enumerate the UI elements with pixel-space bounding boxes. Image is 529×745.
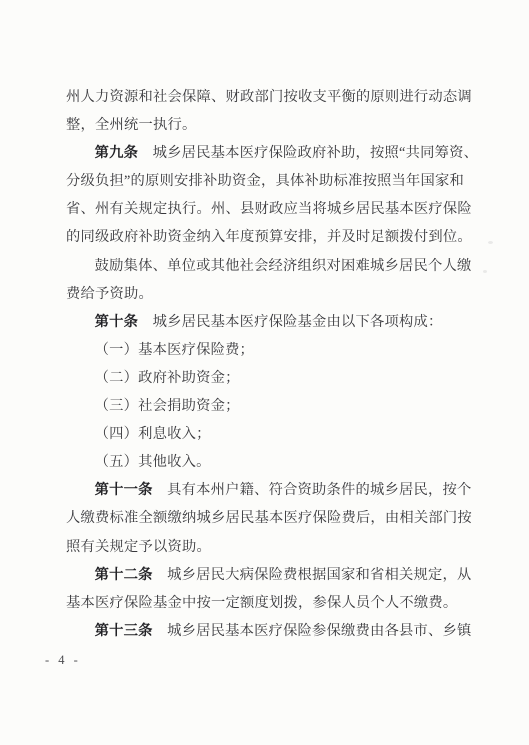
text-line: 分级负担”的原则安排补助资金，具体补助标准按照当年国家和 [66, 167, 468, 195]
text-line: 的同级政府补助资金纳入年度预算安排，并及时足额拨付到位。 [66, 223, 468, 251]
document-body: 州人力资源和社会保障、财政部门按收支平衡的原则进行动态调 整，全州统一执行。 第… [66, 83, 468, 645]
text-line: 州人力资源和社会保障、财政部门按收支平衡的原则进行动态调 [66, 83, 468, 111]
text-line-list-item-2: （二）政府补助资金； [66, 364, 468, 392]
line-text: 基本医疗保险基金中按一定额度划拨，参保人员个人不缴费。 [66, 595, 457, 611]
line-text: 州人力资源和社会保障、财政部门按收支平衡的原则进行动态调 [66, 89, 472, 105]
text-line: 照有关规定予以资助。 [66, 533, 468, 561]
article-label: 第十二条 [95, 567, 153, 583]
line-text: 分级负担”的原则安排补助资金，具体补助标准按照当年国家和 [66, 173, 464, 189]
line-text: 具有本州户籍、符合资助条件的城乡居民，按个 [153, 482, 472, 498]
line-text: 城乡居民基本医疗保险基金由以下各项构成： [138, 314, 442, 330]
text-line-article-12: 第十二条 城乡居民大病保险费根据国家和省相关规定，从 [66, 561, 468, 589]
text-line: 基本医疗保险基金中按一定额度划拨，参保人员个人不缴费。 [66, 589, 468, 617]
page-number: - 4 - [45, 653, 81, 668]
line-text: （五）其他收入。 [95, 454, 211, 470]
line-text: 的同级政府补助资金纳入年度预算安排，并及时足额拨付到位。 [66, 229, 472, 245]
line-text: 城乡居民大病保险费根据国家和省相关规定，从 [153, 567, 472, 583]
scan-speck [483, 270, 487, 273]
line-text: （三）社会捐助资金； [95, 398, 240, 414]
line-text: （一）基本医疗保险费； [95, 342, 254, 358]
line-text: 照有关规定予以资助。 [66, 539, 211, 555]
line-text: 费给予资助。 [66, 286, 153, 302]
article-label: 第十一条 [95, 482, 153, 498]
text-line-list-item-3: （三）社会捐助资金； [66, 392, 468, 420]
document-page: 州人力资源和社会保障、财政部门按收支平衡的原则进行动态调 整，全州统一执行。 第… [0, 0, 529, 745]
text-line-list-item-4: （四）利息收入； [66, 420, 468, 448]
line-text: （四）利息收入； [95, 426, 211, 442]
text-line-article-11: 第十一条 具有本州户籍、符合资助条件的城乡居民，按个 [66, 476, 468, 504]
line-text: 城乡居民基本医疗保险参保缴费由各县市、乡镇 [153, 623, 472, 639]
line-text: 鼓励集体、单位或其他社会经济组织对困难城乡居民个人缴 [95, 258, 472, 274]
text-line: 整，全州统一执行。 [66, 111, 468, 139]
article-label: 第十条 [95, 314, 139, 330]
text-line-article-10: 第十条 城乡居民基本医疗保险基金由以下各项构成： [66, 308, 468, 336]
line-text: 整，全州统一执行。 [66, 117, 196, 133]
line-text: 省、州有关规定执行。州、县财政应当将城乡居民基本医疗保险 [66, 201, 472, 217]
text-line-article-13: 第十三条 城乡居民基本医疗保险参保缴费由各县市、乡镇 [66, 617, 468, 645]
text-line-article-9: 第九条 城乡居民基本医疗保险政府补助，按照“共同筹资、 [66, 139, 468, 167]
text-line: 省、州有关规定执行。州、县财政应当将城乡居民基本医疗保险 [66, 195, 468, 223]
line-text: 城乡居民基本医疗保险政府补助，按照“共同筹资、 [138, 145, 478, 161]
text-line-list-item-5: （五）其他收入。 [66, 448, 468, 476]
article-label: 第九条 [95, 145, 139, 161]
article-label: 第十三条 [95, 623, 153, 639]
line-text: （二）政府补助资金； [95, 370, 240, 386]
text-line: 费给予资助。 [66, 280, 468, 308]
text-line: 鼓励集体、单位或其他社会经济组织对困难城乡居民个人缴 [66, 252, 468, 280]
line-text: 人缴费标准全额缴纳城乡居民基本医疗保险费后，由相关部门按 [66, 510, 472, 526]
text-line-list-item-1: （一）基本医疗保险费； [66, 336, 468, 364]
text-line: 人缴费标准全额缴纳城乡居民基本医疗保险费后，由相关部门按 [66, 504, 468, 532]
scan-speck [488, 241, 493, 244]
